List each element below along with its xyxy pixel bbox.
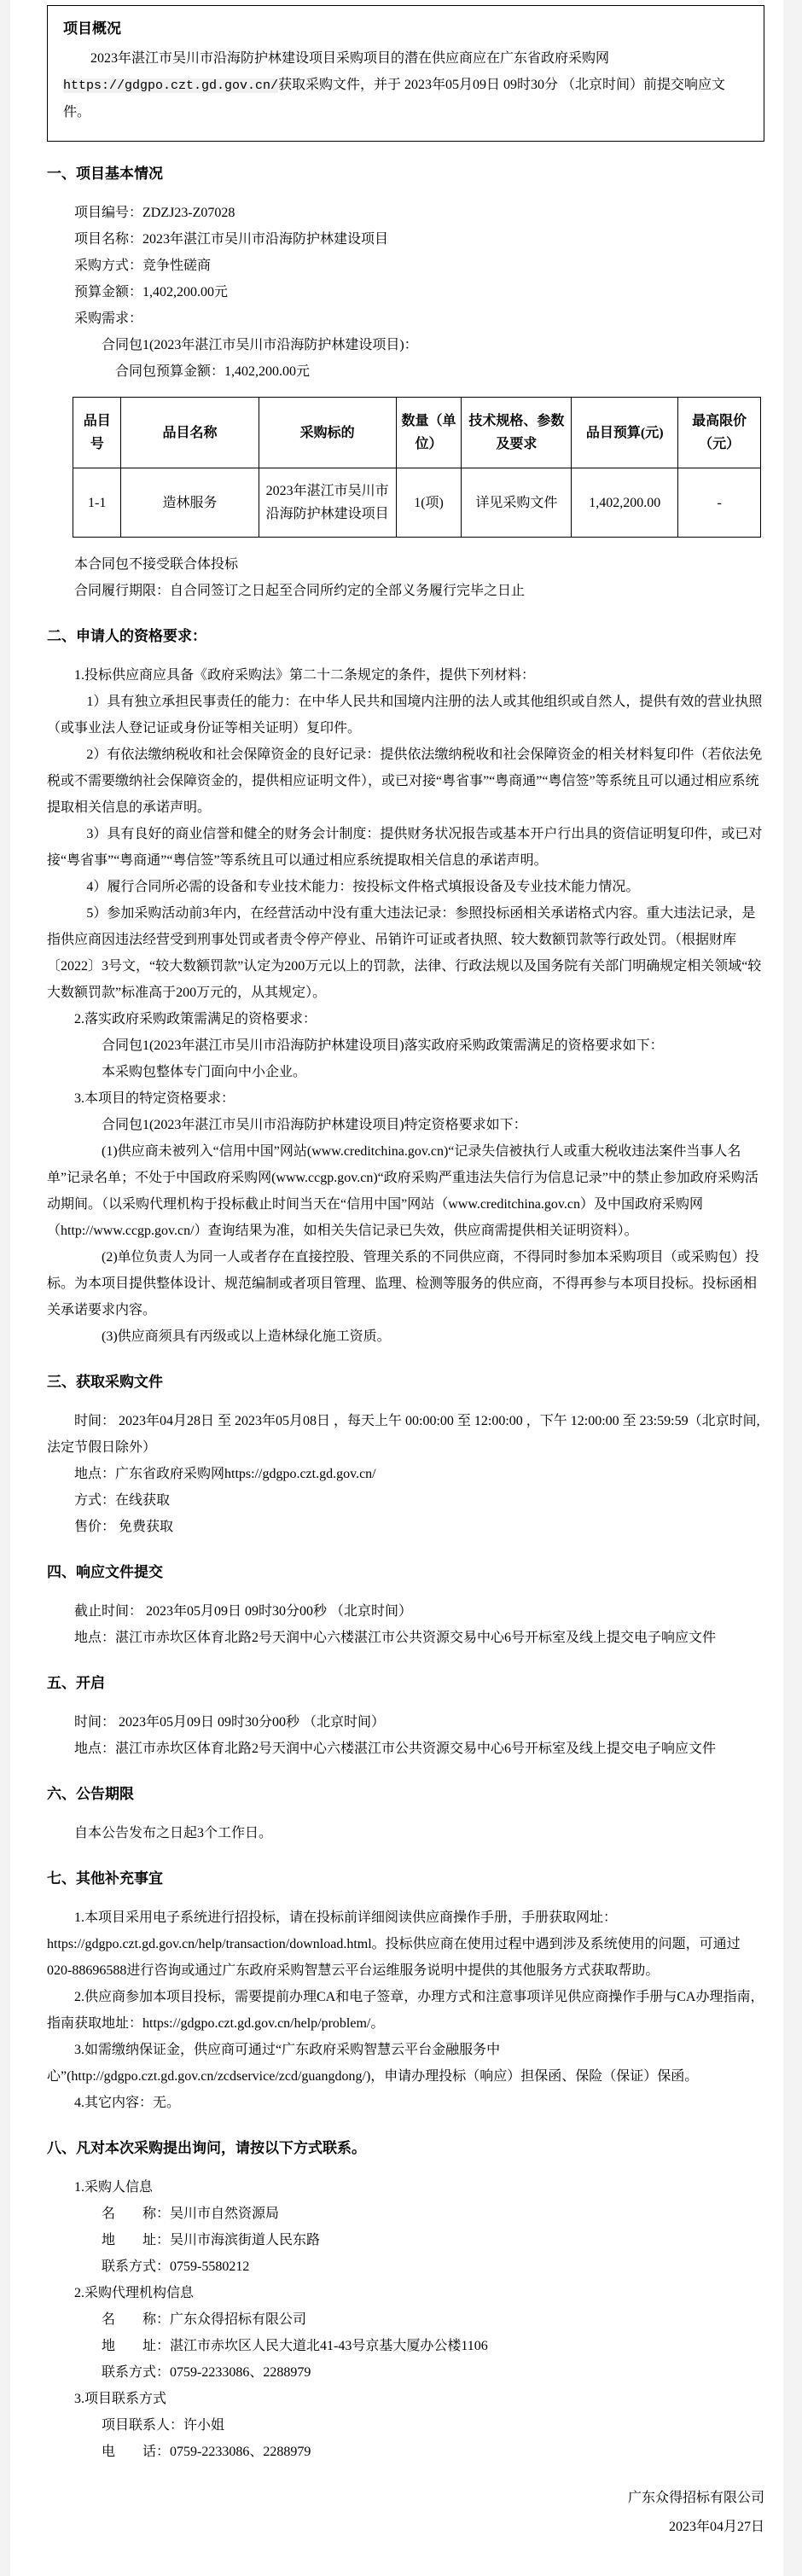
contract-period-note: 合同履行期限：自合同签订之日起至合同所约定的全部义务履行完毕之日止 [47, 578, 764, 604]
supplement-p1: 1.本项目采用电子系统进行招投标，请在投标前详细阅读供应商操作手册，手册获取网址… [47, 1904, 764, 1984]
qualification-p3: 2）有依法缴纳税收和社会保障资金的良好记录：提供依法缴纳税收和社会保障资金的相关… [47, 741, 764, 821]
specific-requirement-1: (1)供应商未被列入“信用中国”网站(www.creditchina.gov.c… [47, 1138, 764, 1244]
section8-heading: 八、凡对本次采购提出询问，请按以下方式联系。 [47, 2137, 764, 2160]
qualification-p4: 3）具有良好的商业信誉和健全的财务会计制度：提供财务状况报告或基本开户行出具的资… [47, 821, 764, 874]
agency-info-title: 2.采购代理机构信息 [47, 2280, 764, 2306]
col-tech-spec: 技术规格、参数及要求 [462, 398, 572, 468]
document-obtain-method: 方式：在线获取 [47, 1487, 764, 1514]
agency-name: 名 称：广东众得招标有限公司 [47, 2306, 764, 2333]
cell-item-budget: 1,402,200.00 [572, 468, 678, 538]
document-obtain-place: 地点：广东省政府采购网https://gdgpo.czt.gd.gov.cn/ [47, 1461, 764, 1487]
agency-address: 地 址：湛江市赤坎区人民大道北41-43号京基大厦办公楼1106 [47, 2333, 764, 2359]
contract-package-budget: 合同包预算金额：1,402,200.00元 [47, 358, 764, 385]
policy-requirement-package: 合同包1(2023年湛江市吴川市沿海防护林建设项目)落实政府采购政策需满足的资格… [47, 1032, 764, 1059]
section3-heading: 三、获取采购文件 [47, 1370, 764, 1394]
overview-intro-prefix: 2023年湛江市吴川市沿海防护林建设项目采购项目的潜在供应商应在广东省政府采购网 [63, 51, 609, 66]
cell-item-name: 造林服务 [121, 468, 259, 538]
col-max-price: 最高限价（元） [678, 398, 761, 468]
section7-heading: 七、其他补充事宜 [47, 1867, 764, 1891]
cell-item-number: 1-1 [73, 468, 121, 538]
specific-requirement-3: (3)供应商须具有丙级或以上造林绿化施工资质。 [47, 1323, 764, 1350]
project-number: 项目编号：ZDZJ23-Z07028 [47, 200, 764, 226]
opening-place: 地点：湛江市赤坎区体育北路2号天润中心六楼湛江市公共资源交易中心6号开标室及线上… [47, 1736, 764, 1762]
project-name: 项目名称：2023年湛江市吴川市沿海防护林建设项目 [47, 226, 764, 253]
supplement-p2: 2.供应商参加本项目投标，需要提前办理CA和电子签章，办理方式和注意事项详见供应… [47, 1984, 764, 2037]
project-contact-title: 3.项目联系方式 [47, 2386, 764, 2412]
cell-procurement-target: 2023年湛江市吴川市沿海防护林建设项目 [259, 468, 396, 538]
signature-date: 2023年04月27日 [47, 2513, 764, 2542]
col-quantity: 数量（单位） [396, 398, 462, 468]
buyer-address: 地 址：吴川市海滨街道人民东路 [47, 2227, 764, 2253]
specific-requirement-package: 合同包1(2023年湛江市吴川市沿海防护林建设项目)特定资格要求如下： [47, 1112, 764, 1138]
announcement-period: 自本公告发布之日起3个工作日。 [47, 1820, 764, 1846]
supplement-p3: 3.如需缴纳保证金，供应商可通过“广东政府采购智慧云平台金融服务中心”(http… [47, 2037, 764, 2090]
items-table-header-row: 品目号 品目名称 采购标的 数量（单位） 技术规格、参数及要求 品目预算(元) … [73, 398, 761, 468]
supplement-p4: 4.其它内容：无。 [47, 2090, 764, 2116]
signature-company: 广东众得招标有限公司 [47, 2484, 764, 2513]
qualification-p5: 4）履行合同所必需的设备和专业技术能力：按投标文件格式填报设备及专业技术能力情况… [47, 874, 764, 900]
section2-heading: 二、申请人的资格要求： [47, 625, 764, 648]
section5-heading: 五、开启 [47, 1672, 764, 1695]
project-contact-phone: 电 话：0759-2233086、2288979 [47, 2439, 764, 2465]
section4-heading: 四、响应文件提交 [47, 1561, 764, 1585]
specific-requirement-title: 3.本项目的特定资格要求： [47, 1085, 764, 1112]
agency-contact: 联系方式：0759-2233086、2288979 [47, 2359, 764, 2386]
overview-paragraph: 2023年湛江市吴川市沿海防护林建设项目采购项目的潜在供应商应在广东省政府采购网… [63, 45, 748, 125]
qualification-p1: 1.投标供应商应具备《政府采购法》第二十二条规定的条件，提供下列材料： [47, 662, 764, 689]
procurement-demand-label: 采购需求： [47, 305, 764, 332]
project-overview-box: 项目概况 2023年湛江市吴川市沿海防护林建设项目采购项目的潜在供应商应在广东省… [47, 5, 764, 142]
specific-requirement-2: (2)单位负责人为同一人或者存在直接控股、管理关系的不同供应商，不得同时参加本采… [47, 1244, 764, 1323]
document-obtain-time: 时间： 2023年04月28日 至 2023年05月08日 ，每天上午 00:0… [47, 1408, 764, 1461]
col-item-name: 品目名称 [121, 398, 259, 468]
buyer-info-title: 1.采购人信息 [47, 2174, 764, 2201]
policy-requirement-sme: 本采购包整体专门面向中小企业。 [47, 1059, 764, 1085]
col-item-budget: 品目预算(元) [572, 398, 678, 468]
col-item-number: 品目号 [73, 398, 121, 468]
items-table-row: 1-1 造林服务 2023年湛江市吴川市沿海防护林建设项目 1(项) 详见采购文… [73, 468, 761, 538]
section1-heading: 一、项目基本情况 [47, 162, 764, 186]
cell-quantity: 1(项) [396, 468, 462, 538]
project-contact-person: 项目联系人：许小姐 [47, 2412, 764, 2439]
overview-title: 项目概况 [63, 16, 748, 42]
budget-amount: 预算金额：1,402,200.00元 [47, 279, 764, 305]
document-page: 项目概况 2023年湛江市吴川市沿海防护林建设项目采购项目的潜在供应商应在广东省… [10, 0, 783, 2576]
policy-requirement-title: 2.落实政府采购政策需满足的资格要求： [47, 1006, 764, 1032]
signature-block: 广东众得招标有限公司 2023年04月27日 [47, 2484, 764, 2542]
buyer-contact: 联系方式：0759-5580212 [47, 2253, 764, 2280]
qualification-p6: 5）参加采购活动前3年内，在经营活动中没有重大违法记录：参照投标函相关承诺格式内… [47, 900, 764, 1006]
col-procurement-target: 采购标的 [259, 398, 396, 468]
cell-tech-spec: 详见采购文件 [462, 468, 572, 538]
contract-package-line: 合同包1(2023年湛江市吴川市沿海防护林建设项目)： [47, 332, 764, 358]
section6-heading: 六、公告期限 [47, 1782, 764, 1806]
cell-max-price: - [678, 468, 761, 538]
response-place: 地点：湛江市赤坎区体育北路2号天润中心六楼湛江市公共资源交易中心6号开标室及线上… [47, 1625, 764, 1651]
items-table: 品目号 品目名称 采购标的 数量（单位） 技术规格、参数及要求 品目预算(元) … [73, 397, 761, 538]
procurement-site-url: https://gdgpo.czt.gd.gov.cn/ [63, 79, 278, 93]
procurement-method: 采购方式：竞争性磋商 [47, 253, 764, 279]
document-obtain-price: 售价： 免费获取 [47, 1514, 764, 1540]
document-content: 项目概况 2023年湛江市吴川市沿海防护林建设项目采购项目的潜在供应商应在广东省… [10, 5, 783, 2550]
buyer-name: 名 称：吴川市自然资源局 [47, 2201, 764, 2227]
qualification-p2: 1）具有独立承担民事责任的能力：在中华人民共和国境内注册的法人或其他组织或自然人… [47, 689, 764, 741]
opening-time: 时间： 2023年05月09日 09时30分00秒 （北京时间） [47, 1709, 764, 1736]
no-consortium-note: 本合同包不接受联合体投标 [47, 551, 764, 578]
response-deadline: 截止时间： 2023年05月09日 09时30分00秒 （北京时间） [47, 1598, 764, 1625]
